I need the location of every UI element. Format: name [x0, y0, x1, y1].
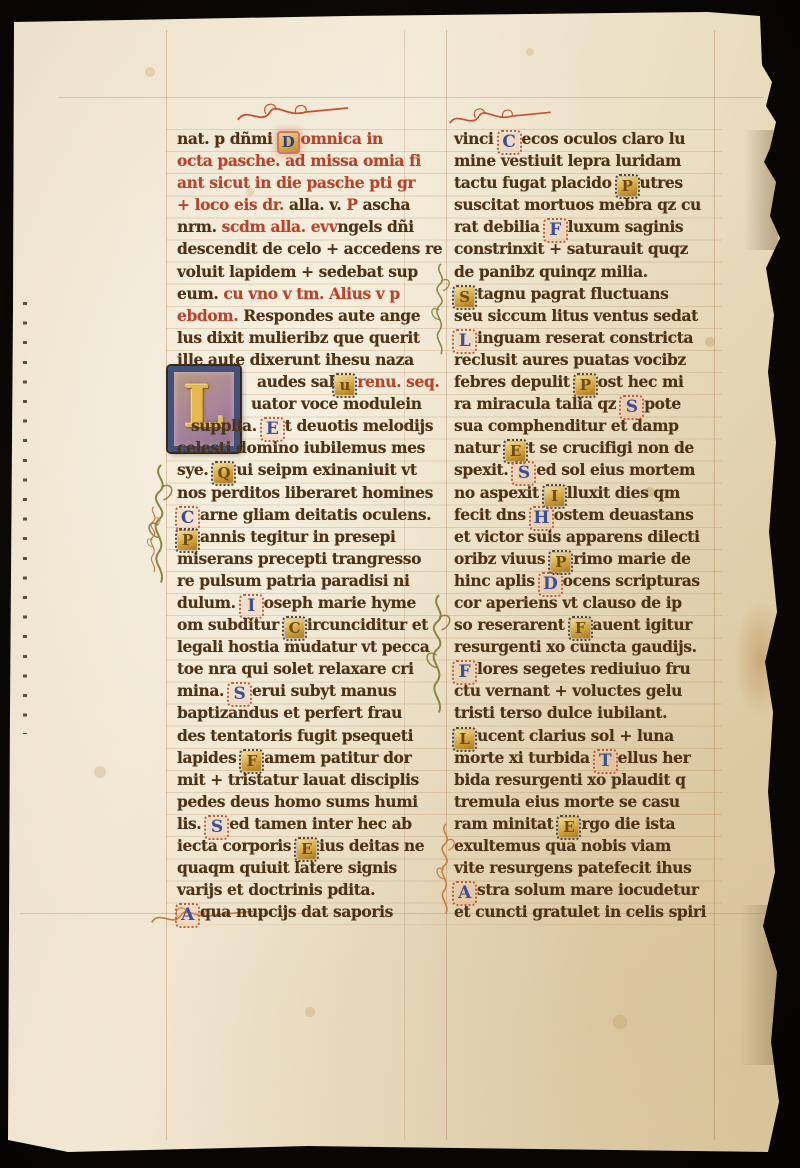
text-segment: t deuotis melodijs: [285, 416, 433, 435]
text-line: octa pasche. ad missa omia fi: [177, 150, 453, 172]
text-segment: so reserarent: [454, 615, 570, 634]
illuminated-initial: T: [596, 752, 615, 771]
illuminated-initial: C: [178, 509, 197, 528]
text-segment: octa pasche. ad missa omia fi: [177, 151, 421, 170]
text-segment: eum.: [177, 284, 223, 303]
text-segment: ircunciditur et: [307, 615, 428, 634]
text-segment: om subditur: [177, 615, 284, 634]
text-segment: resurgenti xo cuncta gaudijs.: [454, 637, 697, 656]
text-segment: cu vno v tm. Alius v p: [223, 284, 400, 303]
text-segment: bida resurgenti xo plaudit q: [454, 770, 686, 789]
text-segment: hinc aplis: [454, 571, 540, 590]
text-line: re pulsum patria paradisi ni: [177, 570, 453, 592]
text-segment: ost hec mi: [598, 372, 684, 391]
text-line: lapides Famem patitur dor: [177, 747, 453, 769]
illuminated-initial: A: [178, 906, 197, 925]
text-segment: ngels dñi: [337, 217, 413, 236]
text-line: toe nra qui solet relaxare cri: [177, 658, 453, 680]
text-segment: ra miracula talia qz: [454, 394, 621, 413]
text-segment: oseph marie hyme: [264, 593, 416, 612]
text-line: resurgenti xo cuncta gaudijs.: [454, 636, 730, 658]
text-line: audes salurenu. seq.: [177, 371, 453, 393]
text-segment: lis.: [177, 814, 206, 833]
text-segment: audes sal: [257, 372, 334, 391]
parchment-stain: [740, 905, 788, 1065]
text-line: ille aute dixerunt ihesu naza: [177, 349, 453, 371]
text-segment: vite resurgens patefecit ihus: [454, 858, 691, 877]
text-line: ram minitat Ergo die ista: [454, 813, 730, 835]
text-segment: seu siccum litus ventus sedat: [454, 306, 698, 325]
text-segment: descendit de celo + accedens re: [177, 239, 442, 258]
text-line: constrinxit + saturauit quqz: [454, 238, 730, 260]
text-line: vinci Cecos oculos claro lu: [454, 128, 730, 150]
text-line: Stagnu pagrat fluctuans: [454, 283, 730, 305]
text-segment: sye.: [177, 460, 213, 479]
text-line: Flores segetes rediuiuo fru: [454, 658, 730, 680]
parchment-stain: [734, 600, 788, 718]
pen-flourish: [146, 455, 176, 595]
illuminated-initial: I: [545, 487, 564, 506]
text-line: et victor suis apparens dilecti: [454, 526, 730, 548]
text-segment: baptizandus et perfert frau: [177, 703, 402, 722]
text-line: uator voce modulein: [177, 393, 453, 415]
text-line: morte xi turbida Tellus her: [454, 747, 730, 769]
text-segment: + loco eis dr.: [177, 195, 289, 214]
text-line: natur Et se crucifigi non de: [454, 437, 730, 459]
text-segment: lores segetes rediuiuo fru: [477, 659, 690, 678]
text-segment: luxum saginis: [568, 217, 684, 236]
text-line: Carne gliam deitatis oculens.: [177, 504, 453, 526]
text-segment: sua comphenditur et damp: [454, 416, 679, 435]
text-line: lis. Sed tamen inter hec ab: [177, 813, 453, 835]
text-segment: annis tegitur in presepi: [200, 527, 395, 546]
text-segment: reclusit aures puatas vocibz: [454, 350, 686, 369]
text-segment: erui subyt manus: [252, 681, 396, 700]
text-segment: ed tamen inter hec ab: [229, 814, 411, 833]
text-column-left: nat. p dñmi Domnica inocta pasche. ad mi…: [177, 128, 453, 923]
text-segment: ui seipm exinaniuit vt: [236, 460, 416, 479]
text-segment: celesti domino iubilemus mes: [177, 438, 425, 457]
text-line: ra miracula talia qz Spote: [454, 393, 730, 415]
parchment-stain: [8, 10, 12, 14]
text-line: exultemus qua nobis viam: [454, 835, 730, 857]
text-line: tristi terso dulce iubilant.: [454, 702, 730, 724]
text-segment: mina.: [177, 681, 229, 700]
text-line: hinc aplis Docens scripturas: [454, 570, 730, 592]
text-line: sua comphenditur et damp: [454, 415, 730, 437]
text-segment: inguam reserat constricta: [477, 328, 693, 347]
text-segment: arne gliam deitatis oculens.: [200, 505, 431, 524]
text-segment: quaqm quiuit latere signis: [177, 858, 397, 877]
illuminated-initial: P: [178, 531, 197, 550]
illuminated-initial: H: [532, 509, 551, 528]
text-segment: morte xi turbida: [454, 748, 595, 767]
text-segment: lluxit dies qm: [567, 483, 680, 502]
text-segment: ant sicut in die pasche pti gr: [177, 173, 415, 192]
text-segment: ed sol eius mortem: [536, 460, 695, 479]
pen-flourish: [142, 505, 166, 575]
text-segment: rat debilia: [454, 217, 545, 236]
text-segment: ecos oculos claro lu: [522, 129, 686, 148]
text-segment: uator voce modulein: [251, 394, 422, 413]
text-line: nos perditos liberaret homines: [177, 482, 453, 504]
text-line: Aqua nupcijs dat saporis: [177, 901, 453, 923]
text-line: seu siccum litus ventus sedat: [454, 305, 730, 327]
text-line: spexit. Sed sol eius mortem: [454, 459, 730, 481]
text-segment: supplia.: [191, 416, 262, 435]
text-segment: dulum.: [177, 593, 241, 612]
text-segment: et cuncti gratulet in celis spiri: [454, 902, 706, 921]
text-line: eum. cu vno v tm. Alius v p: [177, 283, 453, 305]
text-line: nat. p dñmi Domnica in: [177, 128, 453, 150]
text-segment: legali hostia mudatur vt pecca: [177, 637, 429, 656]
text-line: Astra solum mare iocudetur: [454, 879, 730, 901]
illuminated-initial: F: [242, 752, 261, 771]
illuminated-initial: S: [514, 464, 533, 483]
text-segment: mine vestiuit lepra luridam: [454, 151, 681, 170]
text-segment: varijs et doctrinis pdita.: [177, 880, 375, 899]
text-segment: voluit lapidem + sedebat sup: [177, 262, 418, 281]
text-segment: ctu vernant + voluctes gelu: [454, 681, 682, 700]
text-line: om subditur Circunciditur et: [177, 614, 453, 636]
text-segment: nos perditos liberaret homines: [177, 483, 433, 502]
text-segment: nrm.: [177, 217, 222, 236]
text-segment: spexit.: [454, 460, 513, 479]
illuminated-initial: L: [455, 332, 474, 351]
text-segment: vinci: [454, 129, 499, 148]
text-segment: natur: [454, 438, 505, 457]
text-segment: ascha: [358, 195, 411, 214]
text-segment: re pulsum patria paradisi ni: [177, 571, 410, 590]
frame-ruling-line: [58, 97, 763, 98]
text-line: no aspexit Illuxit dies qm: [454, 482, 730, 504]
text-segment: Respondes aute ange: [243, 306, 420, 325]
text-line: iecta corporis Eius deitas ne: [177, 835, 453, 857]
text-line: tactu fugat placido Putres: [454, 172, 730, 194]
text-line: baptizandus et perfert frau: [177, 702, 453, 724]
text-segment: fecit dns: [454, 505, 531, 524]
text-segment: de panibz quinqz milia.: [454, 262, 648, 281]
text-segment: toe nra qui solet relaxare cri: [177, 659, 414, 678]
text-line: so reserarent Fauent igitur: [454, 614, 730, 636]
photograph-black-backdrop: { "palette":{ "backdrop":"#0b0806","parc…: [0, 0, 800, 1168]
manuscript-leaf: L nat. p dñmi Domnica inocta pasche. ad …: [8, 10, 790, 1160]
text-line: febres depulit Post hec mi: [454, 371, 730, 393]
text-line: + loco eis dr. alla. v. P ascha: [177, 194, 453, 216]
text-segment: t se crucifigi non de: [528, 438, 694, 457]
text-segment: renu. seq.: [357, 372, 439, 391]
text-segment: febres depulit: [454, 372, 575, 391]
text-segment: utres: [640, 173, 683, 192]
text-line: ebdom. Respondes aute ange: [177, 305, 453, 327]
text-segment: ille aute dixerunt ihesu naza: [177, 350, 414, 369]
text-line: Pannis tegitur in presepi: [177, 526, 453, 548]
text-line: miserans precepti trangresso: [177, 548, 453, 570]
text-segment: lapides: [177, 748, 241, 767]
text-segment: tagnu pagrat fluctuans: [477, 284, 668, 303]
text-line: legali hostia mudatur vt pecca: [177, 636, 453, 658]
text-line: descendit de celo + accedens re: [177, 238, 453, 260]
text-segment: exultemus qua nobis viam: [454, 836, 671, 855]
text-line: tremula eius morte se casu: [454, 791, 730, 813]
text-segment: alla. v.: [289, 195, 346, 214]
text-segment: rgo die ista: [581, 814, 675, 833]
text-segment: ocens scripturas: [563, 571, 700, 590]
text-line: quaqm quiuit latere signis: [177, 857, 453, 879]
text-segment: ius deitas ne: [319, 836, 424, 855]
text-line: vite resurgens patefecit ihus: [454, 857, 730, 879]
text-line: ant sicut in die pasche pti gr: [177, 172, 453, 194]
text-line: Lucent clarius sol + luna: [454, 725, 730, 747]
text-segment: cor aperiens vt clauso de ip: [454, 593, 682, 612]
text-segment: ostem deuastans: [554, 505, 694, 524]
text-segment: auent igitur: [593, 615, 692, 634]
text-line: suscitat mortuos mebra qz cu: [454, 194, 730, 216]
pen-flourish: [236, 92, 356, 132]
text-line: pedes deus homo sums humi: [177, 791, 453, 813]
text-segment: ram minitat: [454, 814, 558, 833]
text-segment: tristi terso dulce iubilant.: [454, 703, 667, 722]
prick-marks: [23, 302, 27, 734]
text-line: varijs et doctrinis pdita.: [177, 879, 453, 901]
text-segment: P: [346, 195, 357, 214]
text-line: supplia. Et deuotis melodijs: [177, 415, 453, 437]
text-line: celesti domino iubilemus mes: [177, 437, 453, 459]
text-segment: lus dixit mulieribz que querit: [177, 328, 420, 347]
text-line: de panibz quinqz milia.: [454, 261, 730, 283]
text-segment: omnica in: [301, 129, 383, 148]
text-line: bida resurgenti xo plaudit q: [454, 769, 730, 791]
text-segment: tremula eius morte se casu: [454, 792, 680, 811]
text-segment: oribz viuus: [454, 549, 550, 568]
text-line: oribz viuus Primo marie de: [454, 548, 730, 570]
text-line: mina. Serui subyt manus: [177, 680, 453, 702]
text-segment: mit + tristatur lauat disciplis: [177, 770, 419, 789]
text-segment: ebdom.: [177, 306, 243, 325]
text-line: reclusit aures puatas vocibz: [454, 349, 730, 371]
text-segment: scdm alla. evv: [222, 217, 338, 236]
text-segment: iecta corporis: [177, 836, 296, 855]
text-segment: et victor suis apparens dilecti: [454, 527, 700, 546]
frame-ruling-line: [166, 30, 167, 1140]
text-segment: qua nupcijs dat saporis: [200, 902, 393, 921]
text-column-right: vinci Cecos oculos claro lumine vestiuit…: [454, 128, 730, 923]
text-segment: nat. p dñmi: [177, 129, 278, 148]
text-segment: suscitat mortuos mebra qz cu: [454, 195, 701, 214]
text-segment: tactu fugat placido: [454, 173, 617, 192]
text-line: Linguam reserat constricta: [454, 327, 730, 349]
text-segment: pedes deus homo sums humi: [177, 792, 418, 811]
text-line: fecit dns Hostem deuastans: [454, 504, 730, 526]
text-line: dulum. Ioseph marie hyme: [177, 592, 453, 614]
text-segment: rimo marie de: [573, 549, 690, 568]
text-line: cor aperiens vt clauso de ip: [454, 592, 730, 614]
text-line: voluit lapidem + sedebat sup: [177, 261, 453, 283]
illuminated-initial: Q: [214, 464, 233, 483]
text-line: mit + tristatur lauat disciplis: [177, 769, 453, 791]
text-segment: des tentatoris fugit psequeti: [177, 726, 413, 745]
text-line: mine vestiuit lepra luridam: [454, 150, 730, 172]
text-line: nrm. scdm alla. evvngels dñi: [177, 216, 453, 238]
text-segment: amem patitur dor: [264, 748, 411, 767]
text-segment: constrinxit + saturauit quqz: [454, 239, 688, 258]
illuminated-initial: P: [551, 553, 570, 572]
text-segment: ellus her: [618, 748, 691, 767]
text-line: des tentatoris fugit psequeti: [177, 725, 453, 747]
text-segment: stra solum mare iocudetur: [477, 880, 699, 899]
text-segment: pote: [644, 394, 681, 413]
text-line: et cuncti gratulet in celis spiri: [454, 901, 730, 923]
illuminated-initial: S: [455, 288, 474, 307]
text-line: sye. Qui seipm exinaniuit vt: [177, 459, 453, 481]
text-segment: no aspexit: [454, 483, 544, 502]
text-line: lus dixit mulieribz que querit: [177, 327, 453, 349]
text-line: ctu vernant + voluctes gelu: [454, 680, 730, 702]
text-segment: miserans precepti trangresso: [177, 549, 421, 568]
parchment-stain: [744, 130, 778, 250]
text-segment: ucent clarius sol + luna: [477, 726, 674, 745]
text-line: rat debilia Fluxum saginis: [454, 216, 730, 238]
illuminated-initial: L: [455, 730, 474, 749]
